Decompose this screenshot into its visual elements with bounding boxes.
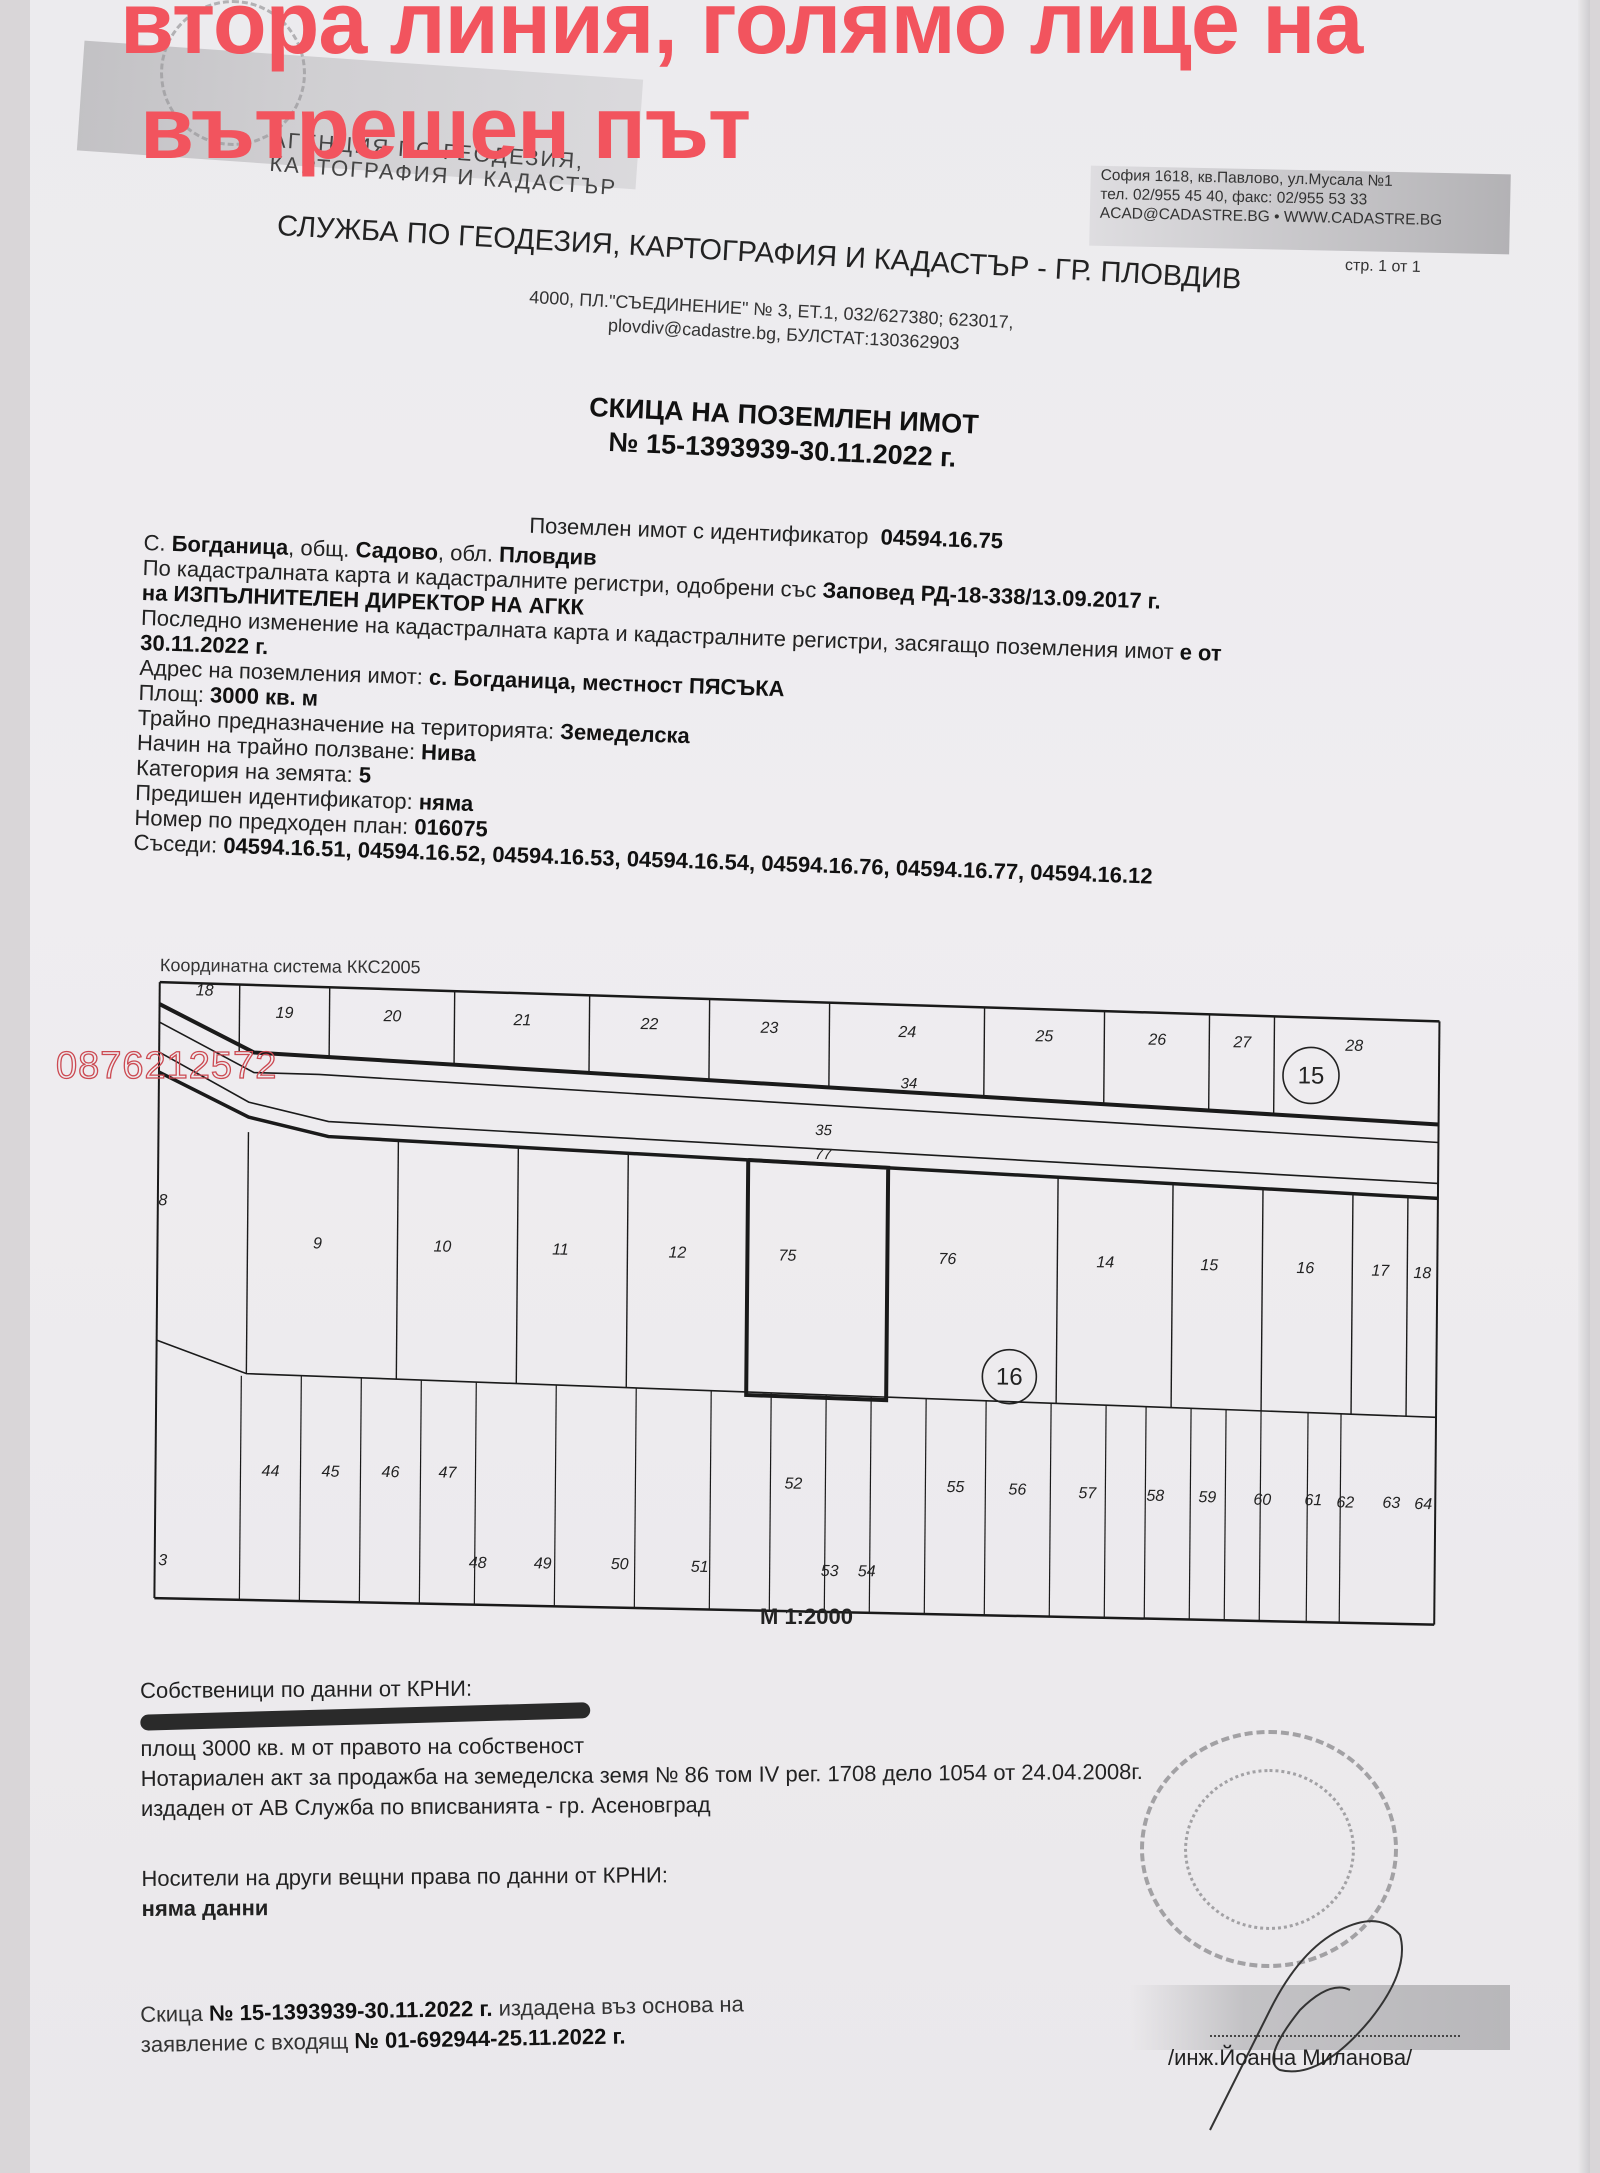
municipality: Садово <box>355 537 438 565</box>
svg-text:26: 26 <box>1147 1032 1166 1049</box>
application-number: № 01-692944-25.11.2022 г. <box>354 2024 626 2054</box>
svg-text:55: 55 <box>946 1479 964 1496</box>
svg-text:14: 14 <box>1096 1254 1114 1271</box>
owners-heading: Собственици по данни от КРНИ: <box>140 1669 1142 1706</box>
svg-text:15: 15 <box>1200 1257 1218 1274</box>
svg-text:61: 61 <box>1304 1492 1322 1509</box>
sketch-suffix: издадена въз основа на <box>498 1991 744 2020</box>
svg-text:16: 16 <box>996 1364 1023 1391</box>
svg-text:62: 62 <box>1336 1494 1354 1511</box>
parcel-map-drawing: 1819202122232425262728153435778910111275… <box>144 955 1450 1626</box>
property-field-value: Земеделска <box>560 719 690 748</box>
identifier-value: 04594.16.75 <box>880 524 1003 553</box>
village: Богданица <box>171 531 288 560</box>
svg-text:46: 46 <box>382 1464 400 1481</box>
svg-text:50: 50 <box>611 1556 629 1573</box>
svg-text:11: 11 <box>552 1242 569 1259</box>
svg-text:23: 23 <box>759 1020 778 1037</box>
phone-watermark: 0876212572 <box>56 1045 277 1088</box>
svg-text:54: 54 <box>858 1563 876 1580</box>
property-field-label: Съседи: <box>133 830 224 858</box>
svg-text:24: 24 <box>897 1024 916 1041</box>
property-field-value: 3000 кв. м <box>210 682 319 711</box>
svg-text:35: 35 <box>815 1122 832 1139</box>
svg-text:27: 27 <box>1232 1034 1252 1051</box>
svg-text:17: 17 <box>1371 1263 1390 1280</box>
svg-text:22: 22 <box>639 1016 658 1033</box>
property-field-value: 5 <box>358 762 371 787</box>
svg-text:28: 28 <box>1344 1038 1363 1055</box>
issuance-note: Скица № 15-1393939-30.11.2022 г. издаден… <box>140 1989 745 2060</box>
svg-text:51: 51 <box>691 1559 709 1576</box>
svg-text:60: 60 <box>1253 1492 1271 1509</box>
last-change-suffix: е от <box>1179 639 1222 665</box>
property-field-value: 016075 <box>414 814 488 841</box>
svg-text:58: 58 <box>1146 1488 1164 1505</box>
svg-text:12: 12 <box>668 1245 686 1262</box>
municipality-prefix: , общ. <box>288 535 350 562</box>
svg-text:44: 44 <box>262 1463 280 1480</box>
svg-text:25: 25 <box>1034 1028 1053 1045</box>
overlay-caption: втора линия, голямо лице на вътрешен път <box>120 0 1420 180</box>
svg-text:64: 64 <box>1414 1496 1432 1513</box>
svg-text:52: 52 <box>784 1476 802 1493</box>
svg-text:57: 57 <box>1078 1485 1097 1502</box>
redacted-owner-name <box>140 1702 590 1731</box>
map-scale: М 1:2000 <box>760 1604 853 1630</box>
svg-text:3: 3 <box>158 1552 167 1569</box>
svg-text:45: 45 <box>322 1464 340 1481</box>
overlay-caption-line-1: втора линия, голямо лице на <box>120 0 1420 75</box>
svg-text:75: 75 <box>778 1247 796 1264</box>
svg-text:9: 9 <box>313 1235 322 1252</box>
property-field-value: няма <box>418 789 473 816</box>
svg-text:10: 10 <box>433 1238 451 1255</box>
page-edge <box>1578 0 1590 2173</box>
sketch-number: № 15-1393939-30.11.2022 г. <box>209 1996 493 2026</box>
property-field-label: Площ: <box>138 680 210 707</box>
other-rights-value: няма данни <box>142 1895 269 1921</box>
region: Пловдив <box>499 542 597 570</box>
svg-text:76: 76 <box>938 1251 956 1268</box>
svg-text:20: 20 <box>382 1008 401 1025</box>
overlay-caption-line-2: вътрешен път <box>120 75 1420 180</box>
svg-text:63: 63 <box>1382 1495 1400 1512</box>
svg-text:16: 16 <box>1296 1260 1314 1277</box>
svg-text:18: 18 <box>1413 1265 1431 1282</box>
svg-text:19: 19 <box>276 1005 294 1022</box>
signature-icon <box>1150 1890 1490 2140</box>
svg-text:21: 21 <box>512 1012 531 1029</box>
application-prefix: заявление с входящ <box>141 2028 349 2057</box>
svg-text:15: 15 <box>1298 1062 1325 1089</box>
owners-section: Собственици по данни от КРНИ: площ 3000 … <box>140 1669 1144 1924</box>
svg-text:53: 53 <box>821 1563 839 1580</box>
cadastral-map: Координатна система ККС2005 181920212223… <box>144 955 1450 1666</box>
svg-text:8: 8 <box>158 1192 167 1209</box>
svg-text:56: 56 <box>1008 1482 1026 1499</box>
village-prefix: С. <box>143 530 166 556</box>
property-field-value: Нива <box>421 739 477 766</box>
svg-text:59: 59 <box>1198 1489 1216 1506</box>
svg-text:47: 47 <box>439 1465 458 1482</box>
svg-text:49: 49 <box>534 1555 552 1572</box>
svg-text:18: 18 <box>196 982 214 999</box>
property-info: Поземлен имот с идентификатор 04594.16.7… <box>133 500 1225 891</box>
region-prefix: , обл. <box>438 540 494 567</box>
svg-text:34: 34 <box>900 1075 917 1092</box>
sketch-prefix: Скица <box>140 2001 203 2027</box>
page-number: стр. 1 от 1 <box>1345 257 1421 277</box>
signatory-name: /инж.Йоанна Миланова/ <box>1168 2045 1412 2071</box>
svg-text:77: 77 <box>815 1146 832 1163</box>
svg-text:48: 48 <box>469 1555 487 1572</box>
